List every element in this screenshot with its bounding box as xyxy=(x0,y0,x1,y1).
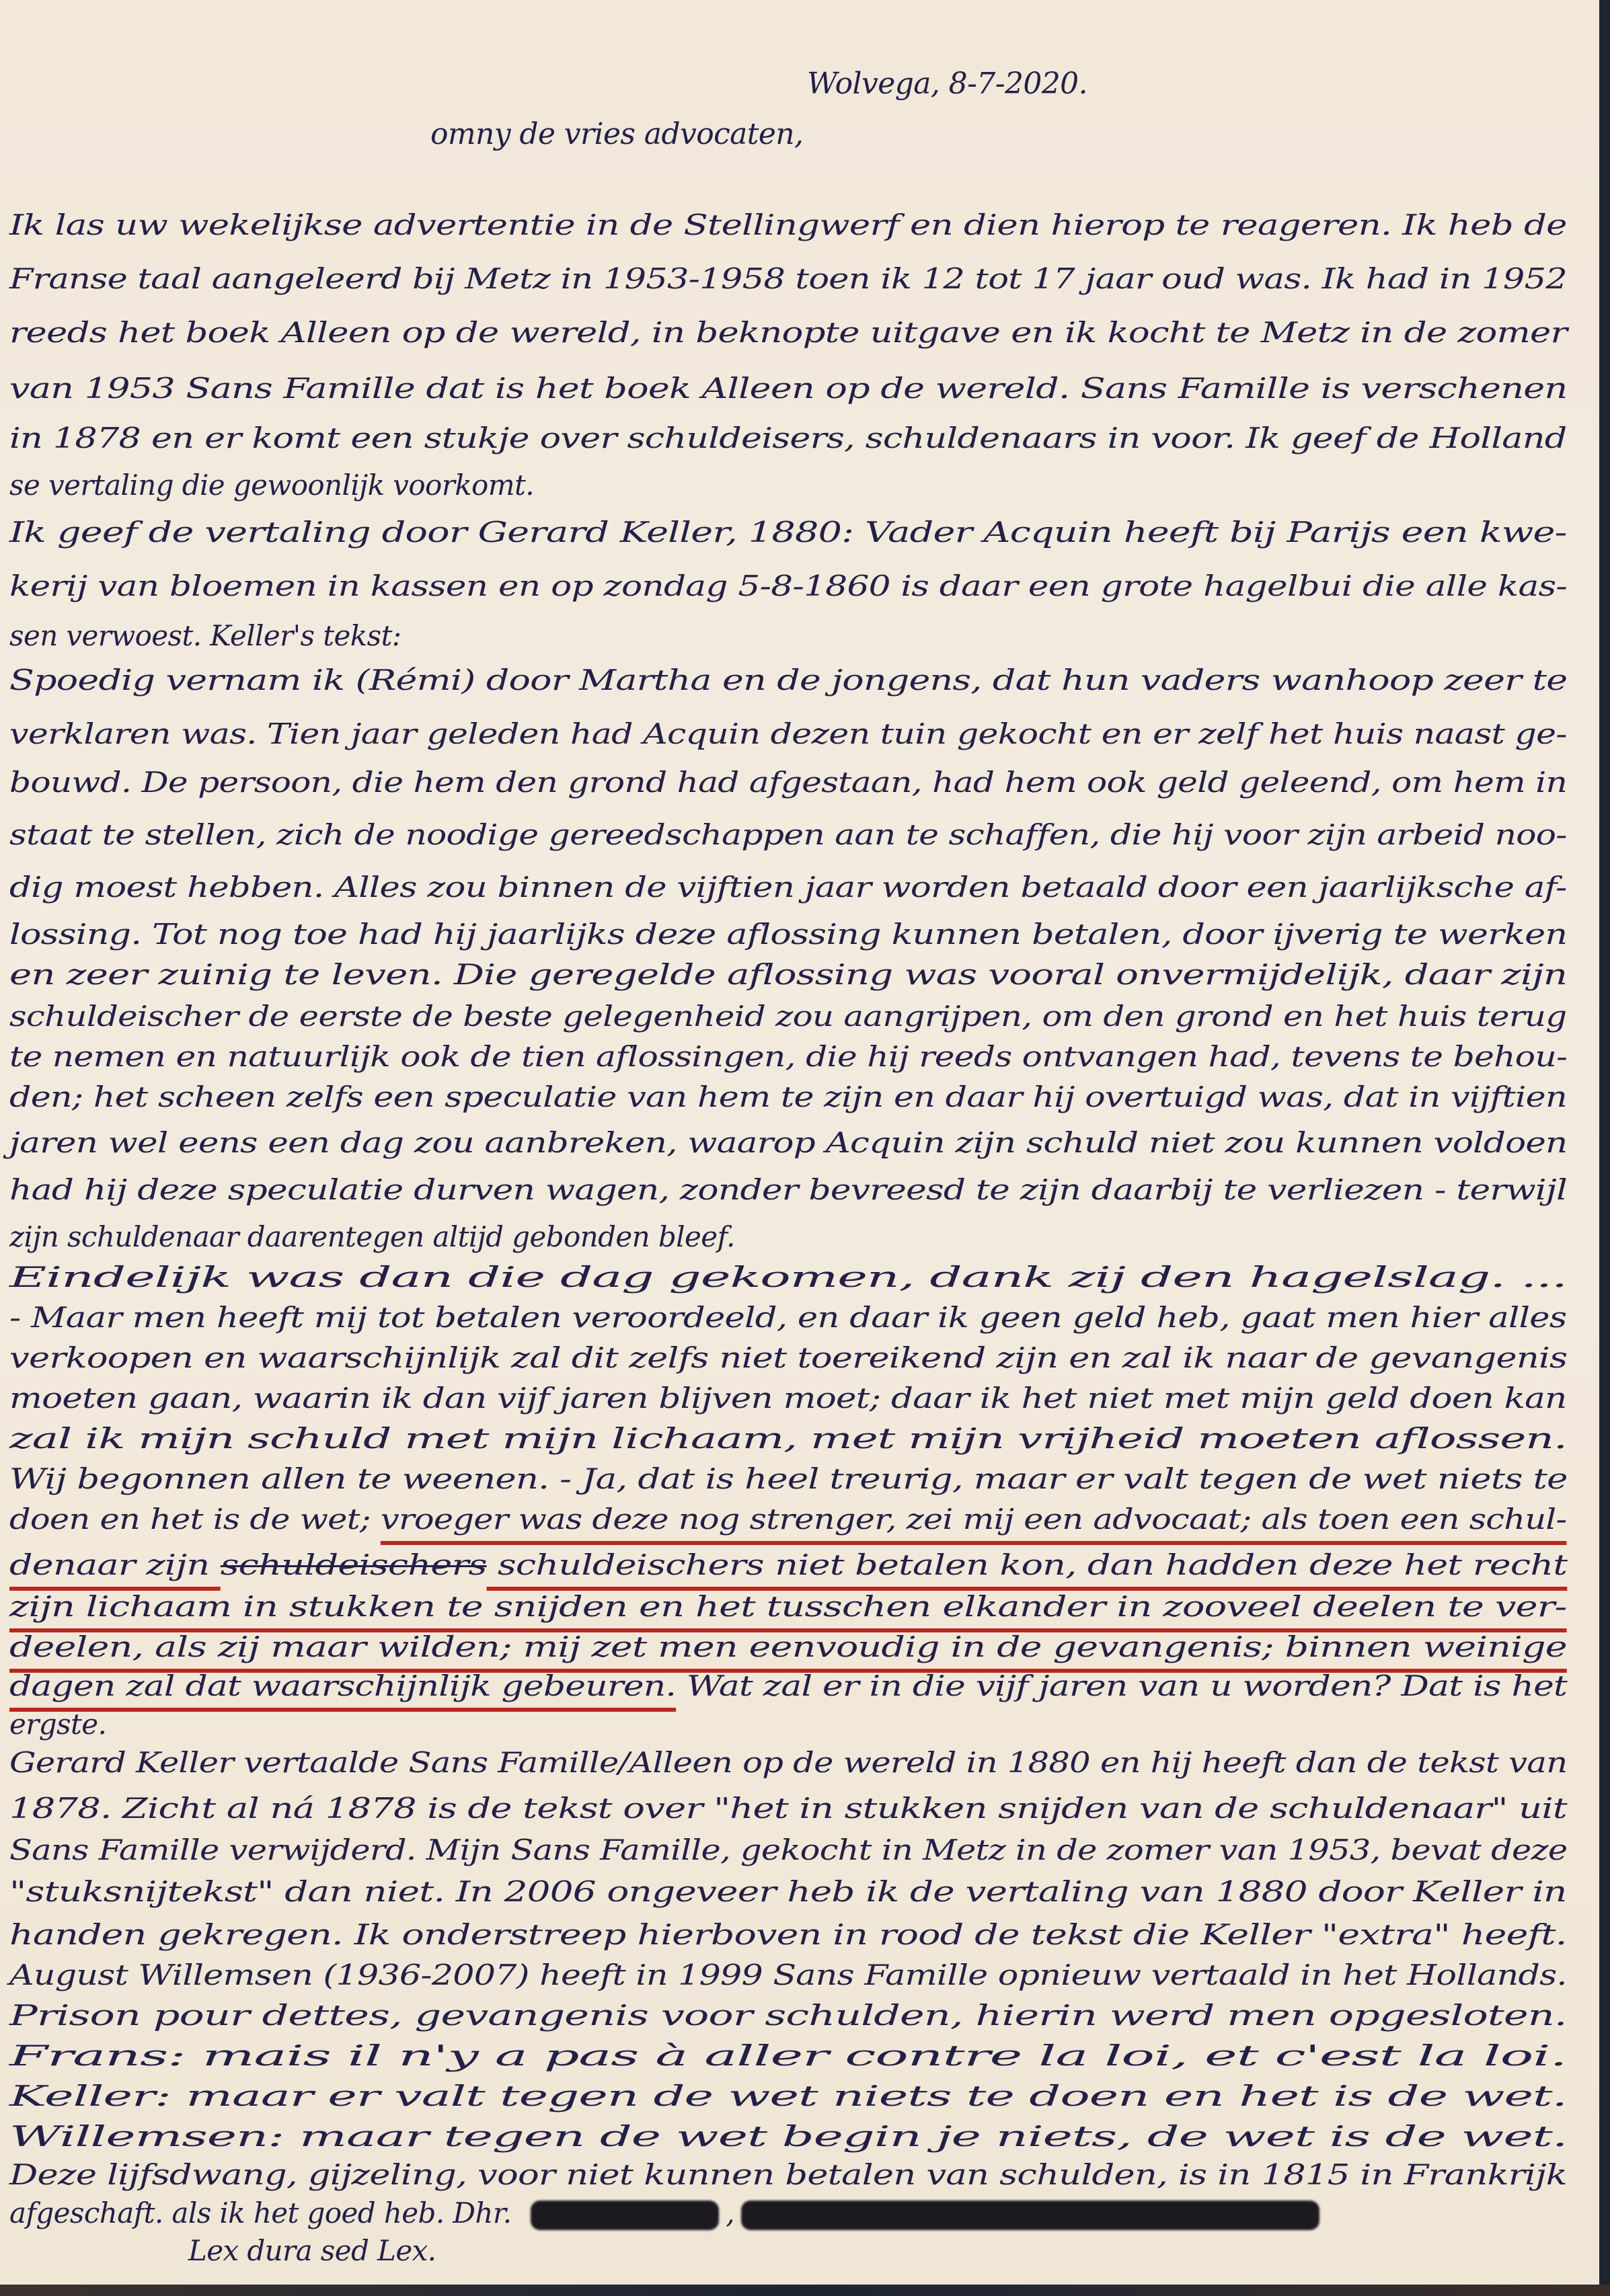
plain-text: doen en het is de wet; xyxy=(9,1503,381,1536)
red-underlined-text: deelen, als zij maar wilden; mij zet men… xyxy=(9,1630,1567,1663)
motto: Lex dura sed Lex. xyxy=(188,2231,436,2271)
body-line: se vertaling die gewoonlijk voorkomt. xyxy=(9,465,534,506)
body-line: in 1878 en er komt een stukje over schul… xyxy=(9,418,1566,459)
body-line: jaren wel eens een dag zou aanbreken, wa… xyxy=(9,1123,1567,1163)
underlined-line-6: ergste. xyxy=(9,1704,106,1745)
closing-line: Frans: mais il n'y a pas à aller contre … xyxy=(9,2036,1566,2076)
red-underlined-text: zijn lichaam in stukken te snijden en he… xyxy=(9,1590,1567,1623)
underlined-line-4: deelen, als zij maar wilden; mij zet men… xyxy=(9,1627,1567,1667)
underlined-line-3: zijn lichaam in stukken te snijden en he… xyxy=(9,1587,1567,1627)
body-line: den; het scheen zelfs een speculatie van… xyxy=(9,1077,1567,1117)
closing-line: Willemsen: maar tegen de wet begin je ni… xyxy=(9,2116,1567,2157)
body-line: Spoedig vernam ik (Rémi) door Martha en … xyxy=(9,660,1567,701)
salutation: omny de vries advocaten, xyxy=(430,114,803,155)
red-underlined-text: dagen zal dat waarschijnlijk gebeuren. xyxy=(9,1669,676,1702)
comma: , xyxy=(726,2196,734,2229)
closing-line: Gerard Keller vertaalde Sans Famille/All… xyxy=(9,1743,1567,1783)
signature-line: afgeschaft. als ik het goed heb. Dhr. ██… xyxy=(9,2193,1319,2233)
underlined-line-5: dagen zal dat waarschijnlijk gebeuren. W… xyxy=(9,1666,1567,1706)
plain-text: ergste. xyxy=(9,1708,106,1741)
body-line: - Maar men heeft mij tot betalen veroord… xyxy=(9,1298,1566,1338)
struck-out-word: schuldeischers xyxy=(221,1548,487,1581)
body-line: reeds het boek Alleen op de wereld, in b… xyxy=(9,313,1567,353)
closing-line: "stuksnijtekst" dan niet. In 2006 ongeve… xyxy=(9,1872,1567,1912)
closing-line: August Willemsen (1936-2007) heeft in 19… xyxy=(9,1955,1567,1995)
body-line: Franse taal aangeleerd bij Metz in 1953-… xyxy=(9,259,1567,299)
body-line: sen verwoest. Keller's tekst: xyxy=(9,616,401,656)
body-line: zijn schuldenaar daarentegen altijd gebo… xyxy=(9,1217,735,1257)
redacted-name: █████ xyxy=(531,2201,719,2230)
red-underlined-text: denaar zijn xyxy=(9,1548,221,1581)
body-line: moeten gaan, waarin ik dan vijf jaren bl… xyxy=(9,1378,1567,1419)
closing-line: 1878. Zicht al ná 1878 is de tekst over … xyxy=(9,1788,1567,1829)
body-line: Wij begonnen allen te weenen. - Ja, dat … xyxy=(9,1459,1568,1499)
body-line: Ik geef de vertaling door Gerard Keller,… xyxy=(9,512,1567,553)
body-line: kerij van bloemen in kassen en op zondag… xyxy=(9,566,1567,606)
body-line: te nemen en natuurlijk ook de tien aflos… xyxy=(9,1037,1567,1077)
closing-line: Prison pour dettes, gevangenis voor schu… xyxy=(9,1995,1567,2036)
body-line: staat te stellen, zich de noodige gereed… xyxy=(9,815,1567,855)
body-line: verklaren was. Tien jaar geleden had Acq… xyxy=(9,714,1567,754)
body-line: had hij deze speculatie durven wagen, zo… xyxy=(9,1170,1567,1210)
closing-line: Deze lijfsdwang, gijzeling, voor niet ku… xyxy=(9,2155,1567,2195)
body-line: bouwd. De persoon, die hem den grond had… xyxy=(9,762,1567,803)
redacted-address: ███████████ xyxy=(741,2201,1319,2230)
body-line: lossing. Tot nog toe had hij jaarlijks d… xyxy=(9,914,1567,955)
red-underlined-text: schuldeischers niet betalen kon, dan had… xyxy=(487,1548,1568,1581)
letter-paper: Wolvega, 8-7-2020. omny de vries advocat… xyxy=(0,0,1599,2285)
underlined-line-1: doen en het is de wet; vroeger was deze … xyxy=(9,1499,1566,1540)
body-line: van 1953 Sans Famille dat is het boek Al… xyxy=(9,368,1567,409)
background-edge-right xyxy=(1599,0,1610,2296)
closing-line: Keller: maar er valt tegen de wet niets … xyxy=(9,2076,1567,2116)
body-line: dig moest hebben. Alles zou binnen de vi… xyxy=(9,867,1567,908)
background-edge-bottom xyxy=(0,2285,1610,2296)
body-line: Eindelijk was dan die dag gekomen, dank … xyxy=(9,1257,1567,1298)
signature-text: afgeschaft. als ik het goed heb. Dhr. xyxy=(9,2196,511,2229)
closing-line: Sans Famille verwijderd. Mijn Sans Famil… xyxy=(9,1830,1567,1870)
underlined-line-2: denaar zijn schuldeischers schuldeischer… xyxy=(9,1545,1567,1585)
body-line: schuldeischer de eerste de beste gelegen… xyxy=(9,996,1566,1037)
closing-line: handen gekregen. Ik onderstreep hierbove… xyxy=(9,1915,1567,1955)
body-line: zal ik mijn schuld met mijn lichaam, met… xyxy=(9,1419,1567,1459)
place-date: Wolvega, 8-7-2020. xyxy=(807,64,1087,104)
body-line: verkoopen en waarschijnlijk zal dit zelf… xyxy=(9,1338,1567,1378)
red-underlined-text: vroeger was deze nog strenger, zei mij e… xyxy=(381,1503,1567,1536)
plain-text: Wat zal er in die vijf jaren van u worde… xyxy=(676,1669,1567,1702)
body-line: Ik las uw wekelijkse advertentie in de S… xyxy=(9,205,1567,245)
body-line: en zeer zuinig te leven. Die geregelde a… xyxy=(9,955,1567,995)
